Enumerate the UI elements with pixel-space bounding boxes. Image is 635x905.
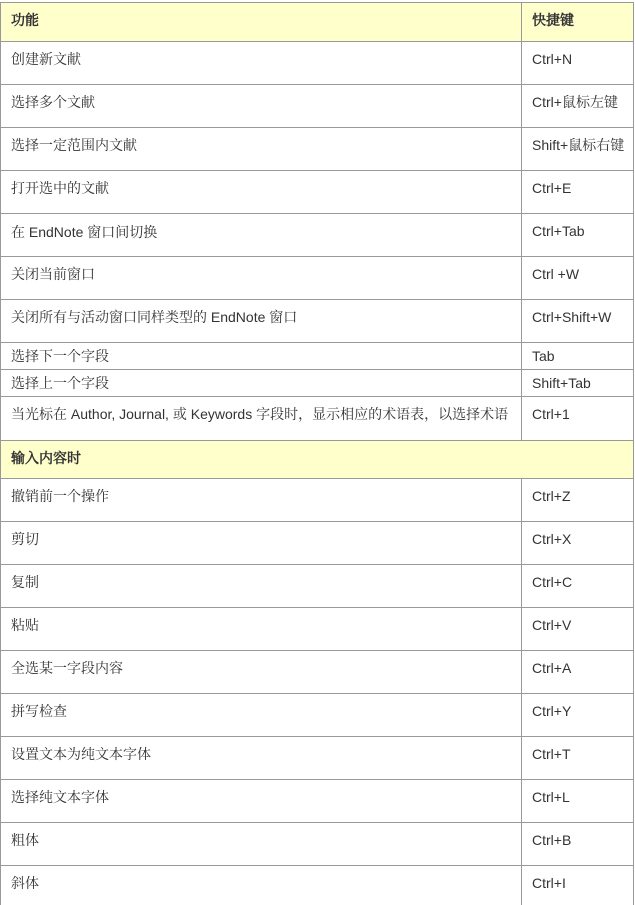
- shortcut-cell: Ctrl+C: [522, 565, 634, 608]
- shortcut-cell: Ctrl+L: [522, 780, 634, 823]
- shortcut-cell: Ctrl+Shift+W: [522, 300, 634, 343]
- shortcut-cell: Ctrl+I: [522, 866, 634, 905]
- shortcut-cell: Ctrl+N: [522, 42, 634, 85]
- shortcut-cell: Ctrl+V: [522, 608, 634, 651]
- function-cell: 当光标在 Author, Journal, 或 Keywords 字段时，显示相…: [1, 397, 522, 441]
- function-cell: 关闭当前窗口: [1, 257, 522, 300]
- function-cell: 复制: [1, 565, 522, 608]
- function-cell: 创建新文献: [1, 42, 522, 85]
- function-cell: 拼写检查: [1, 694, 522, 737]
- table-row: 在 EndNote 窗口间切换Ctrl+Tab: [1, 214, 634, 257]
- shortcut-table-body: 创建新文献Ctrl+N选择多个文献Ctrl+鼠标左键选择一定范围内文献Shift…: [1, 42, 634, 905]
- table-row: 关闭当前窗口Ctrl +W: [1, 257, 634, 300]
- table-row: 设置文本为纯文本字体Ctrl+T: [1, 737, 634, 780]
- function-cell: 选择纯文本字体: [1, 780, 522, 823]
- table-header: 功能 快捷键: [1, 3, 634, 42]
- section-label: 输入内容时: [1, 441, 634, 479]
- shortcut-cell: Ctrl+Z: [522, 479, 634, 522]
- table-row: 拼写检查Ctrl+Y: [1, 694, 634, 737]
- table-row: 粗体Ctrl+B: [1, 823, 634, 866]
- table-row: 创建新文献Ctrl+N: [1, 42, 634, 85]
- header-row: 功能 快捷键: [1, 3, 634, 42]
- shortcut-cell: Ctrl +W: [522, 257, 634, 300]
- table-row: 选择多个文献Ctrl+鼠标左键: [1, 85, 634, 128]
- table-row: 关闭所有与活动窗口同样类型的 EndNote 窗口Ctrl+Shift+W: [1, 300, 634, 343]
- function-cell: 粗体: [1, 823, 522, 866]
- function-cell: 关闭所有与活动窗口同样类型的 EndNote 窗口: [1, 300, 522, 343]
- shortcut-cell: Ctrl+T: [522, 737, 634, 780]
- table-row: 复制Ctrl+C: [1, 565, 634, 608]
- function-cell: 在 EndNote 窗口间切换: [1, 214, 522, 257]
- table-row: 撤销前一个操作Ctrl+Z: [1, 479, 634, 522]
- shortcuts-table: 功能 快捷键 创建新文献Ctrl+N选择多个文献Ctrl+鼠标左键选择一定范围内…: [0, 2, 634, 905]
- shortcut-cell: Ctrl+鼠标左键: [522, 85, 634, 128]
- shortcut-cell: Shift+鼠标右键: [522, 128, 634, 171]
- function-cell: 撤销前一个操作: [1, 479, 522, 522]
- table-row: 斜体Ctrl+I: [1, 866, 634, 905]
- shortcut-cell: Tab: [522, 343, 634, 370]
- page: 功能 快捷键 创建新文献Ctrl+N选择多个文献Ctrl+鼠标左键选择一定范围内…: [0, 0, 635, 905]
- function-cell: 斜体: [1, 866, 522, 905]
- table-row: 打开选中的文献Ctrl+E: [1, 171, 634, 214]
- table-row: 选择下一个字段Tab: [1, 343, 634, 370]
- function-cell: 打开选中的文献: [1, 171, 522, 214]
- column-header-shortcut: 快捷键: [522, 3, 634, 42]
- function-cell: 选择一定范围内文献: [1, 128, 522, 171]
- shortcut-cell: Ctrl+B: [522, 823, 634, 866]
- function-cell: 设置文本为纯文本字体: [1, 737, 522, 780]
- function-cell: 剪切: [1, 522, 522, 565]
- shortcut-cell: Ctrl+Tab: [522, 214, 634, 257]
- column-header-function: 功能: [1, 3, 522, 42]
- shortcut-cell: Ctrl+Y: [522, 694, 634, 737]
- function-cell: 选择上一个字段: [1, 370, 522, 397]
- shortcut-cell: Shift+Tab: [522, 370, 634, 397]
- section-row: 输入内容时: [1, 441, 634, 479]
- table-row: 选择纯文本字体Ctrl+L: [1, 780, 634, 823]
- function-cell: 全选某一字段内容: [1, 651, 522, 694]
- table-row: 选择一定范围内文献Shift+鼠标右键: [1, 128, 634, 171]
- shortcut-cell: Ctrl+X: [522, 522, 634, 565]
- table-row: 当光标在 Author, Journal, 或 Keywords 字段时，显示相…: [1, 397, 634, 441]
- function-cell: 选择下一个字段: [1, 343, 522, 370]
- function-cell: 粘贴: [1, 608, 522, 651]
- table-row: 选择上一个字段Shift+Tab: [1, 370, 634, 397]
- table-row: 剪切Ctrl+X: [1, 522, 634, 565]
- table-row: 全选某一字段内容Ctrl+A: [1, 651, 634, 694]
- table-row: 粘贴Ctrl+V: [1, 608, 634, 651]
- shortcut-cell: Ctrl+A: [522, 651, 634, 694]
- shortcut-cell: Ctrl+E: [522, 171, 634, 214]
- function-cell: 选择多个文献: [1, 85, 522, 128]
- shortcut-cell: Ctrl+1: [522, 397, 634, 441]
